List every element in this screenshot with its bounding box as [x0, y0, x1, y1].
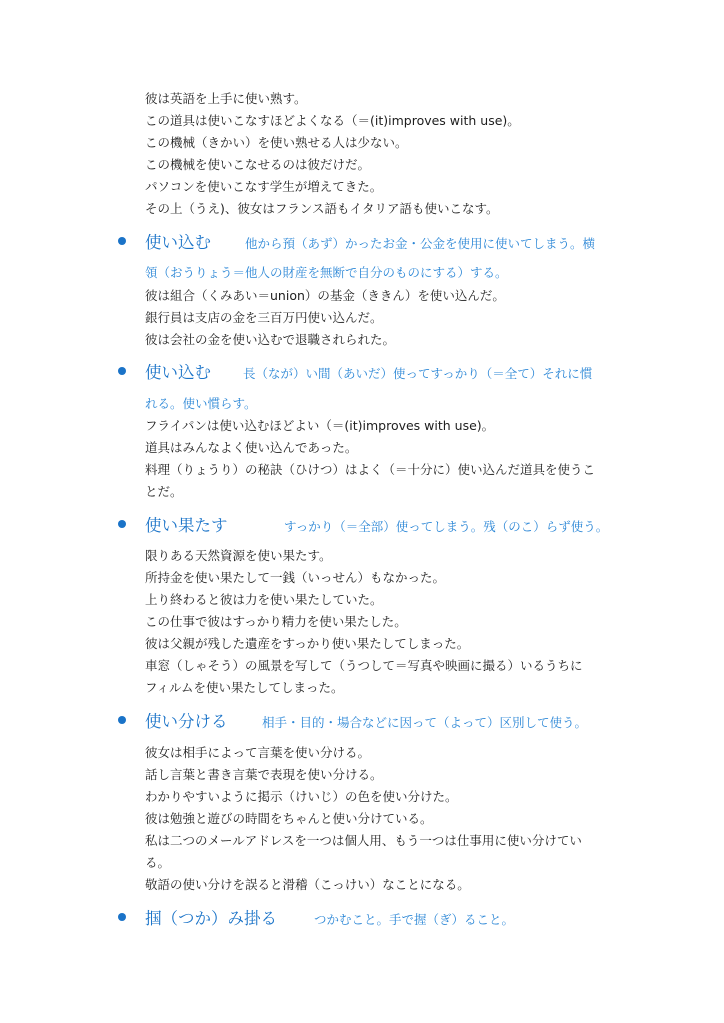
- example-line: その上（うえ)、彼女はフランス語もイタリア語も使いこなす。: [145, 201, 499, 217]
- bullet-icon: [118, 913, 126, 921]
- entry-definition-cont: 領（おうりょう＝他人の財産を無断で自分のものにする）する。: [145, 265, 508, 281]
- example-line: 銀行員は支店の金を三百万円使い込んだ。: [145, 310, 383, 326]
- example-line: 彼は父親が残した遺産をすっかり使い果たしてしまった。: [145, 636, 469, 652]
- example-line: 料理（りょうり）の秘訣（ひけつ）はよく（＝十分に）使い込んだ道具を使うこ: [145, 462, 595, 478]
- entry-definition-cont: れる。使い慣らす。: [145, 396, 257, 412]
- example-line: 彼は勉強と遊びの時間をちゃんと使い分けている。: [145, 811, 433, 827]
- vocab-entry: 使い込む: [118, 359, 211, 383]
- example-line: この機械を使いこなせるのは彼だけだ。: [145, 157, 370, 173]
- entry-definition: すっかり（＝全部）使ってしまう。残（のこ）らず使う。: [284, 517, 608, 535]
- example-line: この道具は使いこなすほどよくなる（＝(it)improves with use)…: [145, 113, 520, 129]
- document-page: 彼は英語を上手に使い熟す。 この道具は使いこなすほどよくなる（＝(it)impr…: [0, 0, 724, 1023]
- bullet-icon: [118, 237, 126, 245]
- example-line: 道具はみんなよく使い込んであった。: [145, 440, 357, 456]
- example-line: 敬語の使い分けを誤ると滑稽（こっけい）なことになる。: [145, 877, 470, 893]
- bullet-icon: [118, 367, 126, 375]
- example-line: パソコンを使いこなす学生が増えてきた。: [145, 179, 382, 195]
- entry-term: 使い分ける: [145, 708, 228, 732]
- example-line: 話し言葉と書き言葉で表現を使い分ける。: [145, 767, 383, 783]
- entry-term: 使い果たす: [145, 512, 228, 536]
- entry-definition: 長（なが）い間（あいだ）使ってすっかり（＝全て）それに慣: [243, 364, 592, 382]
- entry-term: 使い込む: [145, 229, 211, 253]
- vocab-entry: 使い果たす: [118, 512, 228, 536]
- example-line: 所持金を使い果たして一銭（いっせん）もなかった。: [145, 570, 445, 586]
- bullet-icon: [118, 716, 126, 724]
- example-line: 車窓（しゃそう）の風景を写して（うつして＝写真や映画に撮る）いるうちに: [145, 658, 583, 674]
- example-line: わかりやすいように掲示（けいじ）の色を使い分けた。: [145, 789, 458, 805]
- example-line: 彼女は相手によって言葉を使い分ける。: [145, 745, 370, 761]
- vocab-entry: 掴（つか）み掛る: [118, 905, 277, 929]
- bullet-icon: [118, 520, 126, 528]
- example-line: フィルムを使い果たしてしまった。: [145, 680, 344, 696]
- example-line: 彼は英語を上手に使い熟す。: [145, 91, 307, 107]
- example-line: 彼は組合（くみあい＝union）の基金（ききん）を使い込んだ。: [145, 288, 505, 304]
- example-line: この仕事で彼はすっかり精力を使い果たした。: [145, 614, 407, 630]
- entry-term: 掴（つか）み掛る: [145, 905, 277, 929]
- example-line: る。: [145, 855, 170, 871]
- entry-definition: 相手・目的・場合などに因って（よって）区別して使う。: [262, 713, 587, 731]
- example-line: この機械（きかい）を使い熟せる人は少ない。: [145, 135, 408, 151]
- vocab-entry: 使い分ける: [118, 708, 228, 732]
- entry-definition: 他から預（あず）かったお金・公金を使用に使いてしまう。横: [245, 234, 595, 252]
- example-line: 上り終わると彼は力を使い果たしていた。: [145, 592, 383, 608]
- example-line: 彼は会社の金を使い込むで退職されられた。: [145, 332, 395, 348]
- entry-definition: つかむこと。手で握（ぎ）ること。: [314, 910, 514, 928]
- example-line: 私は二つのメールアドレスを一つは個人用、もう一つは仕事用に使い分けてい: [145, 833, 582, 849]
- example-line: フライパンは使い込むほどよい（＝(it)improves with use)。: [145, 418, 494, 434]
- vocab-entry: 使い込む: [118, 229, 211, 253]
- entry-term: 使い込む: [145, 359, 211, 383]
- example-line: 限りある天然資源を使い果たす。: [145, 548, 332, 564]
- example-line: とだ。: [145, 484, 183, 500]
